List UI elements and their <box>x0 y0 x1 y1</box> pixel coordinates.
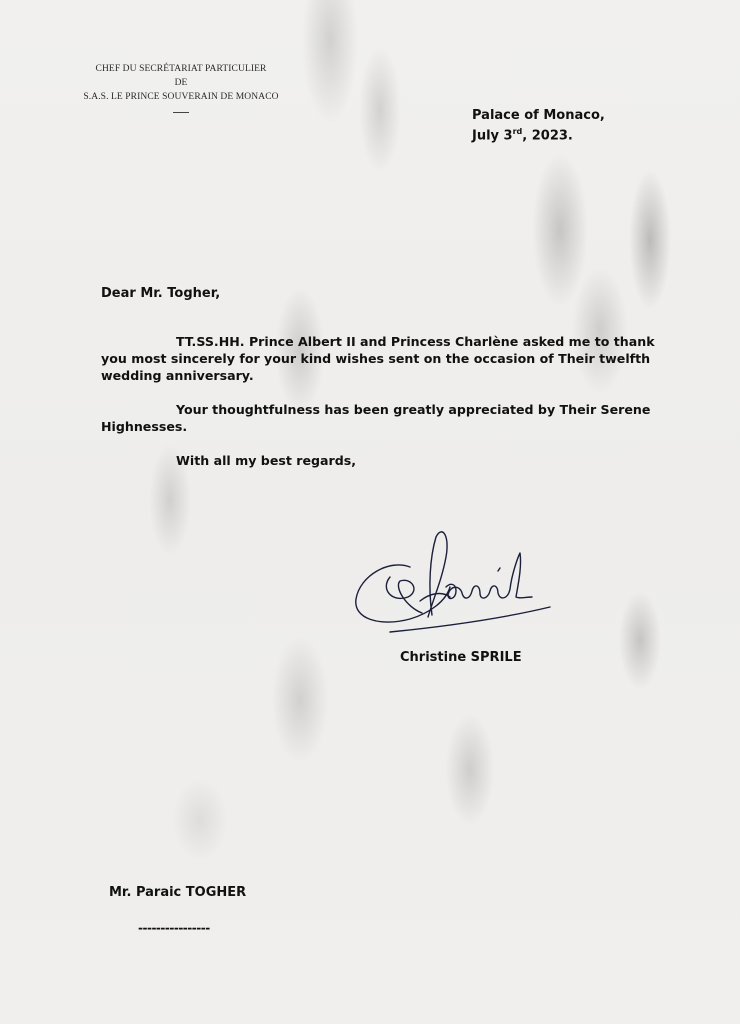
recipient-rule: ---------------- <box>138 921 210 935</box>
salutation: Dear Mr. Togher, <box>101 286 220 301</box>
letter-body: TT.SS.HH. Prince Albert II and Princess … <box>101 333 661 486</box>
recipient-name: Mr. Paraic TOGHER <box>109 885 246 900</box>
letterhead-divider <box>173 112 189 113</box>
paragraph-appreciation: Your thoughtfulness has been greatly app… <box>101 401 661 435</box>
letterhead-line-1: CHEF DU SECRÉTARIAT PARTICULIER <box>66 62 296 76</box>
letterhead: CHEF DU SECRÉTARIAT PARTICULIER DE S.A.S… <box>66 62 296 113</box>
letterhead-line-2: DE <box>66 76 296 90</box>
signature-icon <box>350 527 560 647</box>
place: Palace of Monaco, <box>472 108 605 124</box>
date-day: July 3 <box>472 128 513 143</box>
closing: With all my best regards, <box>101 452 661 469</box>
letter-paper <box>0 0 740 1024</box>
letterhead-line-3: S.A.S. LE PRINCE SOUVERAIN DE MONACO <box>66 90 296 104</box>
paragraph-thanks: TT.SS.HH. Prince Albert II and Princess … <box>101 333 661 384</box>
date-ordinal: rd <box>513 127 523 136</box>
date: July 3rd, 2023. <box>472 124 605 144</box>
date-year: , 2023. <box>522 128 573 143</box>
place-date: Palace of Monaco, July 3rd, 2023. <box>472 108 605 144</box>
signer-name: Christine SPRILE <box>400 650 522 665</box>
